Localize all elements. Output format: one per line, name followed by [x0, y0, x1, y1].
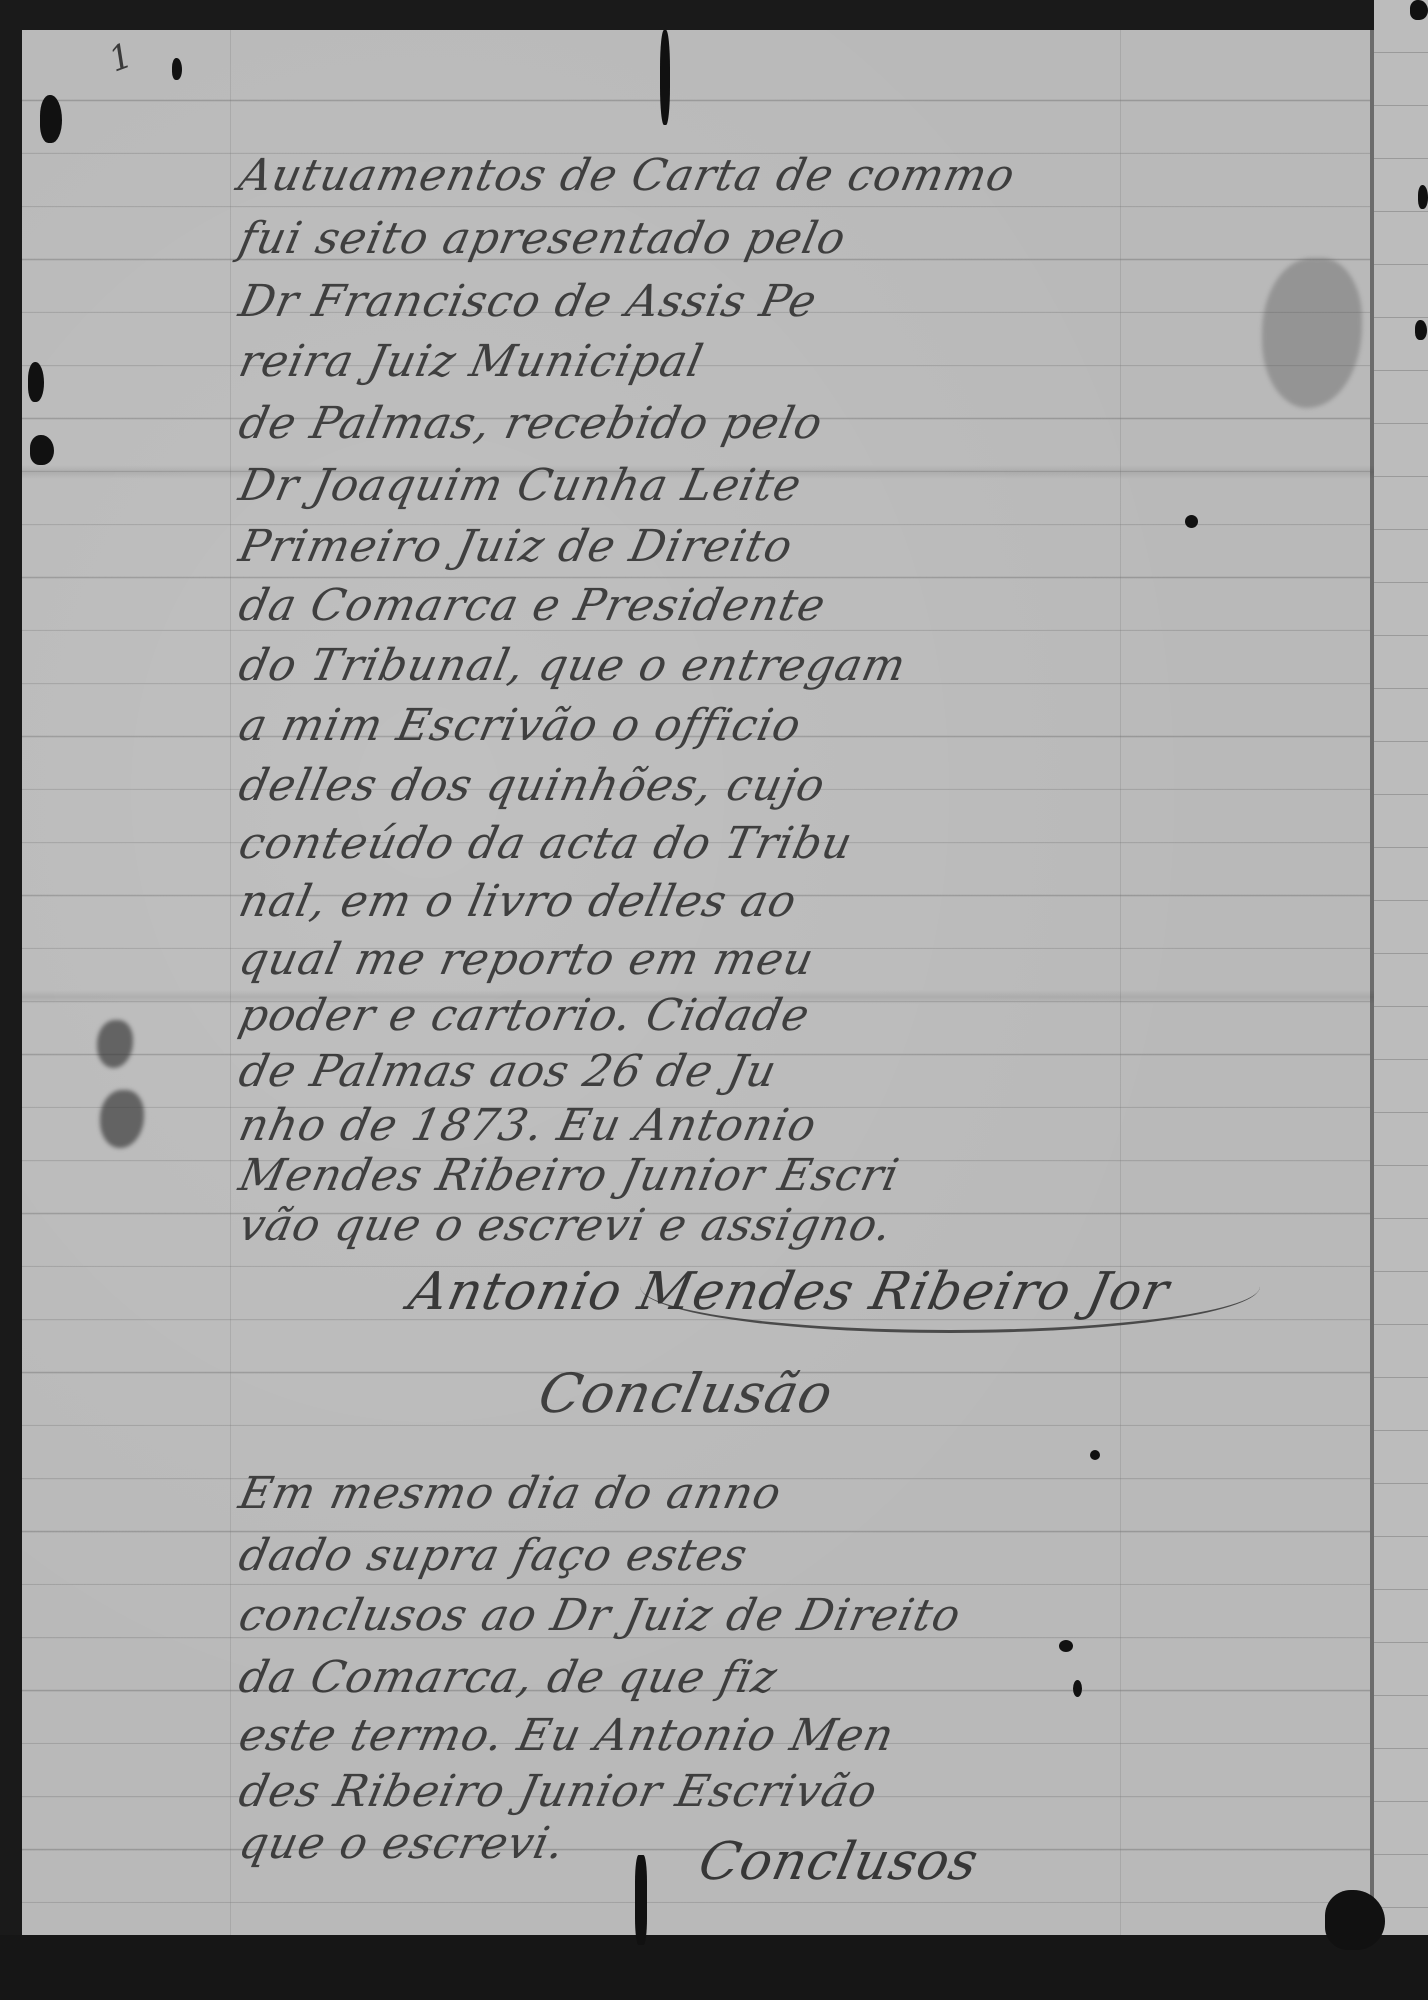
- scanned-document: 1 Autuamentos de Carta de commo fui seit…: [0, 0, 1428, 2000]
- ink-blot: [28, 362, 44, 402]
- text-line: nho de 1873. Eu Antonio: [235, 1100, 822, 1151]
- text-line: da Comarca, de que fiz: [235, 1652, 782, 1703]
- text-line: do Tribunal, que o entregam: [235, 640, 911, 691]
- text-line: de Palmas, recebido pelo: [235, 398, 828, 449]
- adjacent-page-strip: [1374, 0, 1428, 2000]
- signature-flourish: [640, 1240, 1260, 1333]
- text-line: Mendes Ribeiro Junior Escri: [235, 1150, 904, 1201]
- text-line: fui seito apresentado pelo: [235, 213, 851, 264]
- text-line: conclusos ao Dr Juiz de Direito: [235, 1590, 966, 1641]
- torn-corner: [1325, 1890, 1385, 1950]
- text-line: Dr Francisco de Assis Pe: [235, 276, 822, 327]
- ink-blot: [1415, 320, 1427, 340]
- text-line: Dr Joaquim Cunha Leite: [235, 460, 807, 511]
- text-line: des Ribeiro Junior Escrivão: [235, 1766, 883, 1817]
- ink-dot: [1090, 1450, 1100, 1460]
- ink-dot: [1059, 1640, 1073, 1652]
- text-line: poder e cartorio. Cidade: [235, 990, 815, 1041]
- right-margin-rule: [1120, 30, 1121, 1935]
- left-margin-rule: [230, 30, 231, 1935]
- text-line: de Palmas aos 26 de Ju: [235, 1046, 782, 1097]
- text-line: Primeiro Juiz de Direito: [235, 521, 798, 572]
- ink-blot: [1418, 185, 1428, 209]
- scan-border-bottom: [0, 1935, 1428, 2000]
- ink-dot: [1185, 515, 1198, 528]
- ink-dot: [1073, 1680, 1082, 1697]
- text-line: a mim Escrivão o officio: [235, 700, 806, 751]
- scan-border-top: [0, 0, 1374, 30]
- text-line: da Comarca e Presidente: [235, 580, 831, 631]
- text-line: dado supra faço estes: [235, 1530, 753, 1581]
- scan-border-left: [0, 0, 22, 2000]
- text-line: Autuamentos de Carta de commo: [235, 150, 1020, 201]
- closing-signature: Conclusos: [694, 1832, 984, 1892]
- text-line: conteúdo da acta do Tribu: [235, 818, 858, 869]
- text-line: Em mesmo dia do anno: [235, 1468, 787, 1519]
- ink-mark: [660, 30, 670, 125]
- ink-blot: [30, 435, 54, 465]
- text-line: este termo. Eu Antonio Men: [235, 1710, 899, 1761]
- text-line: reira Juiz Municipal: [235, 336, 708, 387]
- text-line: nal, em o livro delles ao: [235, 876, 802, 927]
- ink-blot: [172, 58, 182, 80]
- section-heading: Conclusão: [533, 1362, 839, 1425]
- ink-blot: [1410, 0, 1428, 20]
- text-line: delles dos quinhões, cujo: [235, 760, 830, 811]
- text-line: que o escrevi.: [235, 1818, 570, 1869]
- ink-blot: [40, 95, 62, 143]
- ink-mark: [635, 1855, 647, 1945]
- text-line: qual me reporto em meu: [235, 934, 819, 985]
